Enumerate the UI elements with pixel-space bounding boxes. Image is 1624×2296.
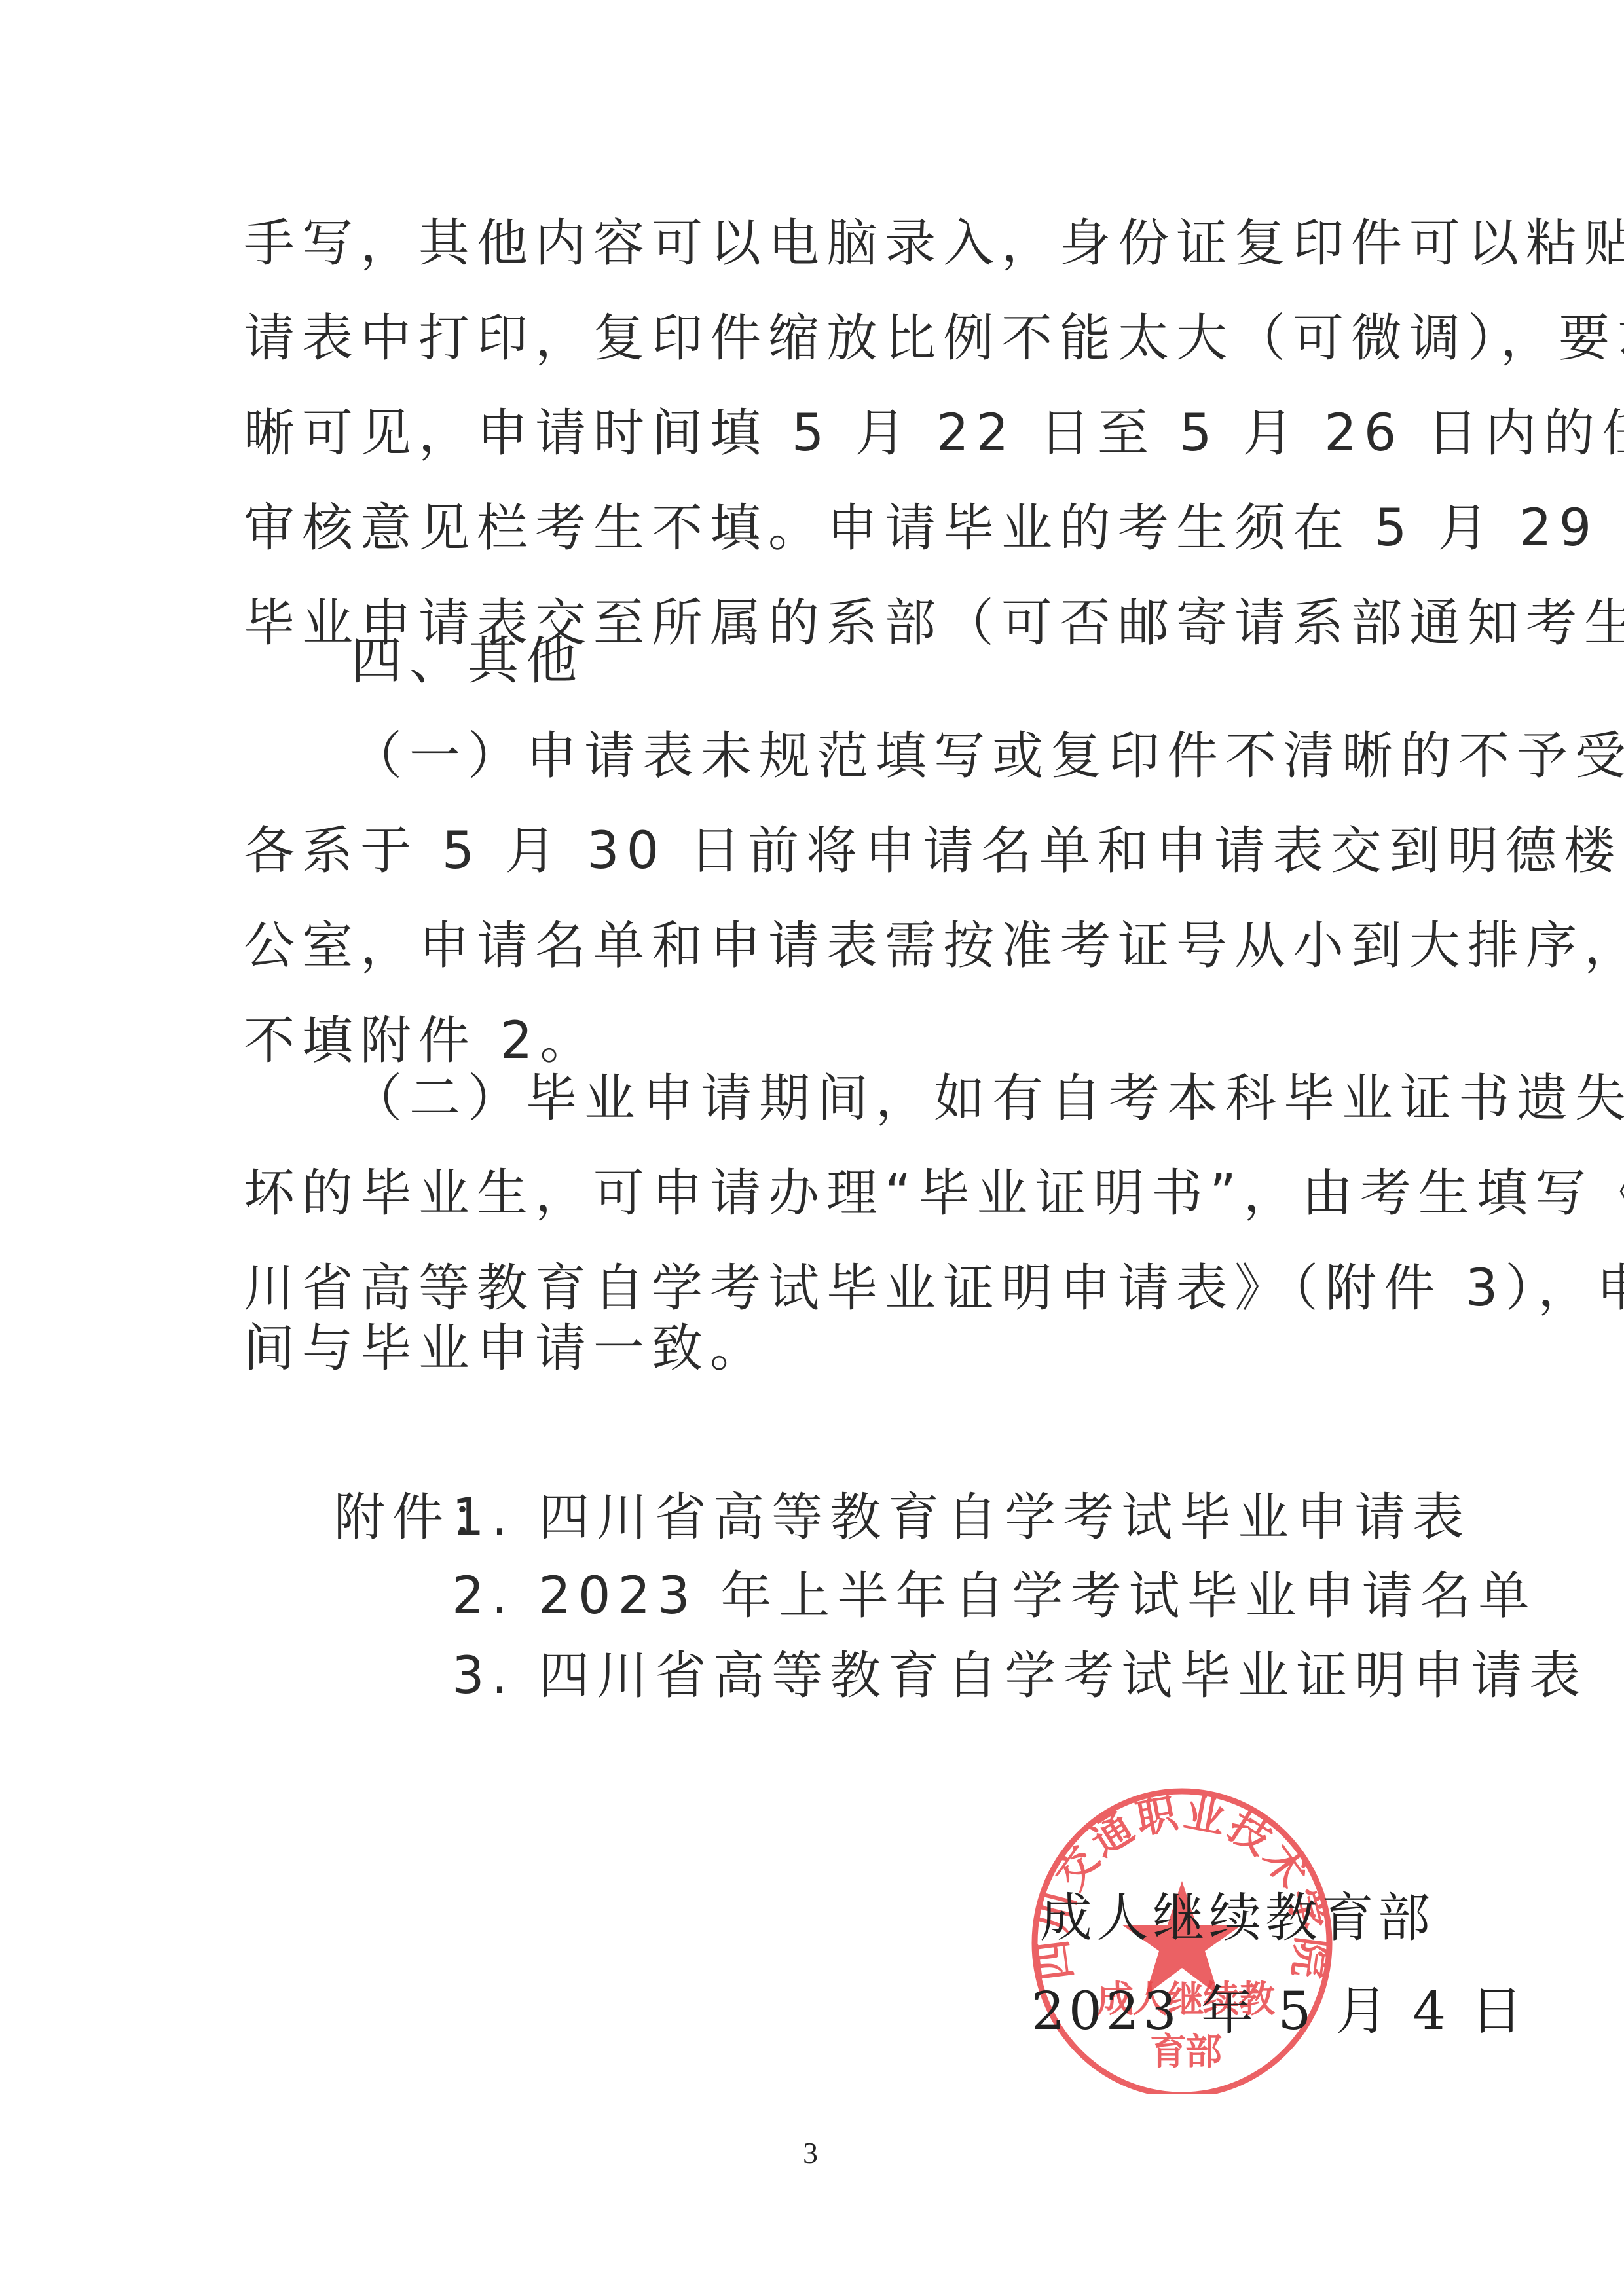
item-2-line: 坏的毕业生，可申请办理“毕业证明书”，由考生填写《四 <box>244 1161 1383 1226</box>
attachment-item-2: 2. 2023 年上半年自学考试毕业申请名单 <box>452 1563 1537 1629</box>
signature-department: 成人继续教育部 <box>1040 1886 1434 1951</box>
item-1-line: （一）申请表未规范填写或复印件不清晰的不予受理。 <box>351 723 1383 789</box>
section-heading: 四、其他 <box>351 629 584 694</box>
item-2-line: 间与毕业申请一致。 <box>244 1316 768 1381</box>
paragraph-line: 审核意见栏考生不填。申请毕业的考生须在 5 月 29 日前将 <box>244 496 1383 561</box>
item-1-line: 不填附件 2。 <box>244 1008 598 1074</box>
attachment-item-1: 1. 四川省高等教育自学考试毕业申请表 <box>452 1485 1471 1550</box>
signature-date: 2023 年 5 月 4 日 <box>1031 1978 1527 2044</box>
paragraph-line: 请表中打印，复印件缩放比例不能太大（可微调），要求清 <box>244 306 1383 371</box>
item-2-line: 川省高等教育自学考试毕业证明申请表》（附件 3），申请时 <box>244 1256 1383 1321</box>
paragraph-line: 晰可见，申请时间填 5 月 22 日至 5 月 26 日内的任意一天， <box>244 401 1383 466</box>
item-2-line: （二）毕业申请期间，如有自考本科毕业证书遗失或损 <box>351 1066 1383 1131</box>
item-1-line: 各系于 5 月 30 日前将申请名单和申请表交到明德楼 A307 办 <box>244 818 1383 884</box>
paragraph-line: 手写，其他内容可以电脑录入，身份证复印件可以粘贴在申 <box>244 211 1383 276</box>
page-number: 3 <box>803 2136 818 2170</box>
document-page: 手写，其他内容可以电脑录入，身份证复印件可以粘贴在申 请表中打印，复印件缩放比例… <box>0 0 1624 2296</box>
item-1-line: 公室，申请名单和申请表需按准考证号从小到大排序，考生 <box>244 913 1383 979</box>
attachment-item-3: 3. 四川省高等教育自学考试毕业证明申请表 <box>452 1643 1587 1709</box>
